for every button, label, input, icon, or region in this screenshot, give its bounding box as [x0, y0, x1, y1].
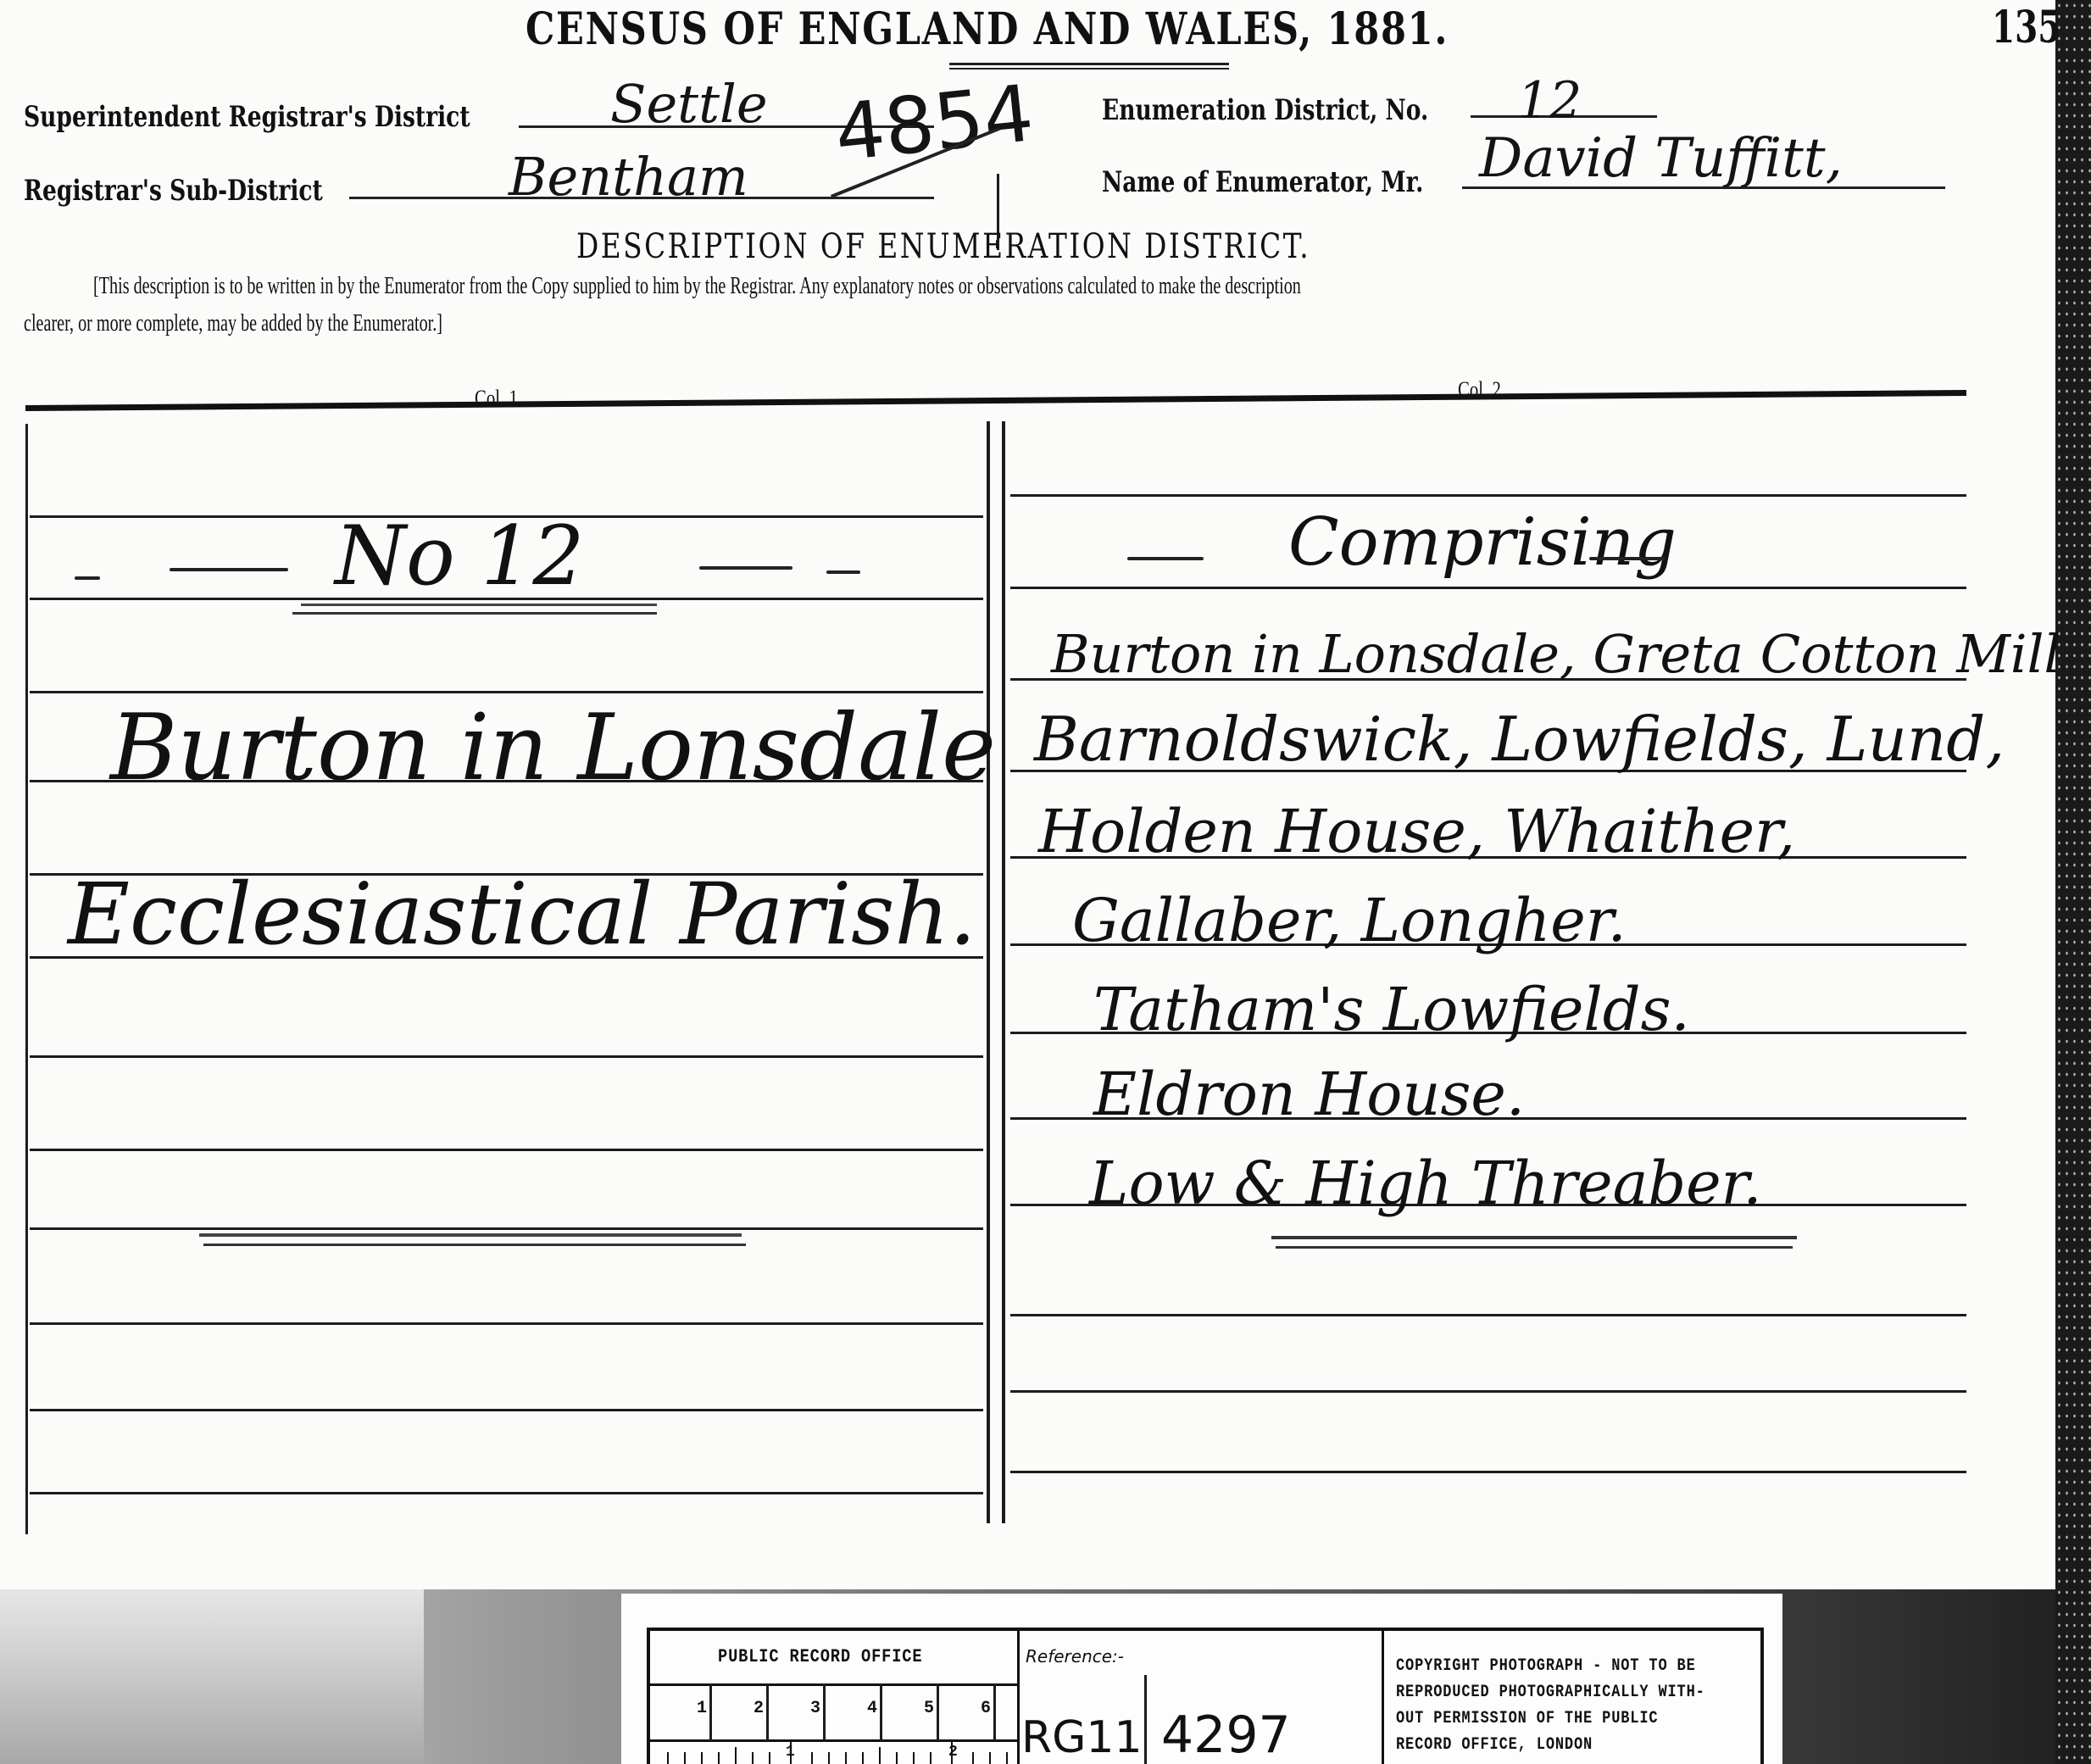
col2-entry: Barnoldswick, Lowfields, Lund, [1034, 704, 2005, 775]
scale-divider [880, 1683, 882, 1741]
scale-divider [823, 1683, 826, 1741]
scale-label: 3 [810, 1699, 820, 1718]
instructions-line-1: [This description is to be written in by… [93, 273, 1301, 300]
ruler-tick [1006, 1752, 1008, 1764]
col2-entry: Low & High Threaber. [1089, 1149, 1762, 1218]
scan-edge [2055, 0, 2091, 1764]
stamp-office-cell: PUBLIC RECORD OFFICE 1 2 3 4 5 6 1 2 [650, 1631, 1020, 1764]
scale-mid-rule [650, 1739, 1017, 1742]
stamp-reference-cell: Reference:- RG11 4297 [1017, 1631, 1384, 1764]
decorative-dash [826, 570, 860, 574]
subdistrict-label: Registrar's Sub-District [24, 174, 323, 208]
scale-divider [993, 1683, 996, 1741]
copyright-line: COPYRIGHT PHOTOGRAPH - NOT TO BE [1396, 1656, 1705, 1676]
col1-entry-place: Burton in Lonsdale [110, 695, 996, 801]
reference-separator [1144, 1675, 1147, 1764]
ruler-tick [845, 1752, 847, 1764]
ruler-tick [752, 1752, 754, 1764]
scale-divider [766, 1683, 769, 1741]
decorative-dash [75, 576, 100, 580]
title-underline [949, 63, 1229, 65]
col2-row-line [1010, 494, 1966, 497]
col2-row-line [1010, 1314, 1966, 1316]
ruler-tick [701, 1752, 703, 1764]
scale-label: 6 [981, 1699, 991, 1718]
col2-row-line [1010, 1390, 1966, 1393]
ruler-tick [735, 1747, 737, 1764]
copyright-line: RECORD OFFICE, LONDON [1396, 1735, 1705, 1755]
ruler-tick [896, 1752, 898, 1764]
decorative-dash [1589, 557, 1666, 560]
enumerator-label: Name of Enumerator, Mr. [1102, 165, 1423, 199]
page-number: 135 [1992, 2, 2060, 53]
reference-label: Reference:- [1026, 1646, 1124, 1667]
copyright-line: REPRODUCED PHOTOGRAPHICALLY WITH- [1396, 1683, 1705, 1702]
col2-entry-heading: Comprising [1288, 504, 1677, 581]
col1-row-line [30, 1409, 983, 1411]
ruler-tick [972, 1752, 974, 1764]
col1-row-line [30, 1322, 983, 1325]
decorative-dash [699, 566, 792, 570]
record-office-stamp: PUBLIC RECORD OFFICE 1 2 3 4 5 6 1 2 [621, 1594, 1782, 1764]
ruler-label: 2 [948, 1744, 958, 1761]
col1-end-rule [199, 1233, 742, 1237]
enumeration-district-value: 12 [1517, 71, 1582, 131]
col2-entry: Eldron House. [1093, 1060, 1525, 1129]
col1-entry-district-number: No 12 [335, 509, 584, 604]
ruler-tick [667, 1752, 669, 1764]
col2-entry: Tatham's Lowfields. [1093, 975, 1690, 1044]
scale-label: 5 [924, 1699, 934, 1718]
enumerator-value: David Tuffitt, [1479, 127, 1843, 190]
ruler-tick [828, 1752, 830, 1764]
title-underline-2 [949, 68, 1229, 70]
reference-piece: 4297 [1161, 1706, 1291, 1764]
document-title: CENSUS OF ENGLAND AND WALES, 1881. [526, 3, 1449, 55]
decorative-dash [170, 568, 288, 571]
stamp-frame: PUBLIC RECORD OFFICE 1 2 3 4 5 6 1 2 [647, 1628, 1764, 1764]
col2-row-line [1010, 587, 1966, 589]
table-left-border [25, 424, 28, 1534]
col1-row-line [30, 1055, 983, 1058]
enumeration-district-label: Enumeration District, No. [1102, 93, 1428, 127]
stamp-copyright-cell: COPYRIGHT PHOTOGRAPH - NOT TO BE REPRODU… [1396, 1656, 1760, 1755]
no12-underline [301, 604, 657, 606]
superintendent-district-value: Settle [610, 73, 768, 135]
col2-row-line [1010, 1471, 1966, 1473]
ruler-tick [811, 1752, 813, 1764]
ruler-tick [951, 1742, 953, 1764]
scale-label: 4 [867, 1699, 877, 1718]
scale-top-rule [650, 1683, 1017, 1686]
col1-row-line [30, 691, 983, 693]
col1-end-rule-2 [203, 1244, 746, 1246]
col1-row-line [30, 1492, 983, 1494]
no12-underline-2 [292, 612, 657, 615]
superintendent-district-label: Superintendent Registrar's District [24, 100, 470, 134]
ruler-tick [718, 1752, 720, 1764]
ruler-tick [862, 1752, 864, 1764]
scale-divider [937, 1683, 939, 1741]
ruler-tick [930, 1752, 931, 1764]
ruler-tick [790, 1742, 792, 1764]
ruler-tick [989, 1752, 991, 1764]
ruler-tick [879, 1747, 881, 1764]
ruler-tick [913, 1752, 915, 1764]
scale-divider [709, 1683, 712, 1741]
col1-row-line [30, 1227, 983, 1230]
col2-entry: Gallaber, Longher. [1072, 886, 1627, 955]
scale-label: 2 [754, 1699, 764, 1718]
column-divider-right [1002, 421, 1005, 1523]
scale-label: 1 [697, 1699, 707, 1718]
reference-series: RG11 [1021, 1712, 1143, 1763]
col2-entry: Holden House, Whaither, [1038, 797, 1795, 866]
ruler-tick [684, 1752, 686, 1764]
copyright-line: OUT PERMISSION OF THE PUBLIC [1396, 1709, 1705, 1728]
col2-end-rule-2 [1276, 1246, 1793, 1249]
decorative-dash [1127, 557, 1204, 560]
instructions-line-2: clearer, or more complete, may be added … [24, 310, 442, 337]
col1-row-line [30, 1149, 983, 1151]
office-label: PUBLIC RECORD OFFICE [718, 1646, 922, 1667]
column-divider-left [987, 421, 990, 1523]
col1-entry-parish: Ecclesiastical Parish. [68, 865, 976, 964]
col2-entry: Burton in Lonsdale, Greta Cotton Mill [1051, 623, 2060, 685]
ruler-tick [769, 1752, 770, 1764]
description-heading: DESCRIPTION OF ENUMERATION DISTRICT. [576, 227, 1310, 266]
subdistrict-value: Bentham [509, 146, 748, 208]
col2-end-rule [1271, 1236, 1797, 1239]
